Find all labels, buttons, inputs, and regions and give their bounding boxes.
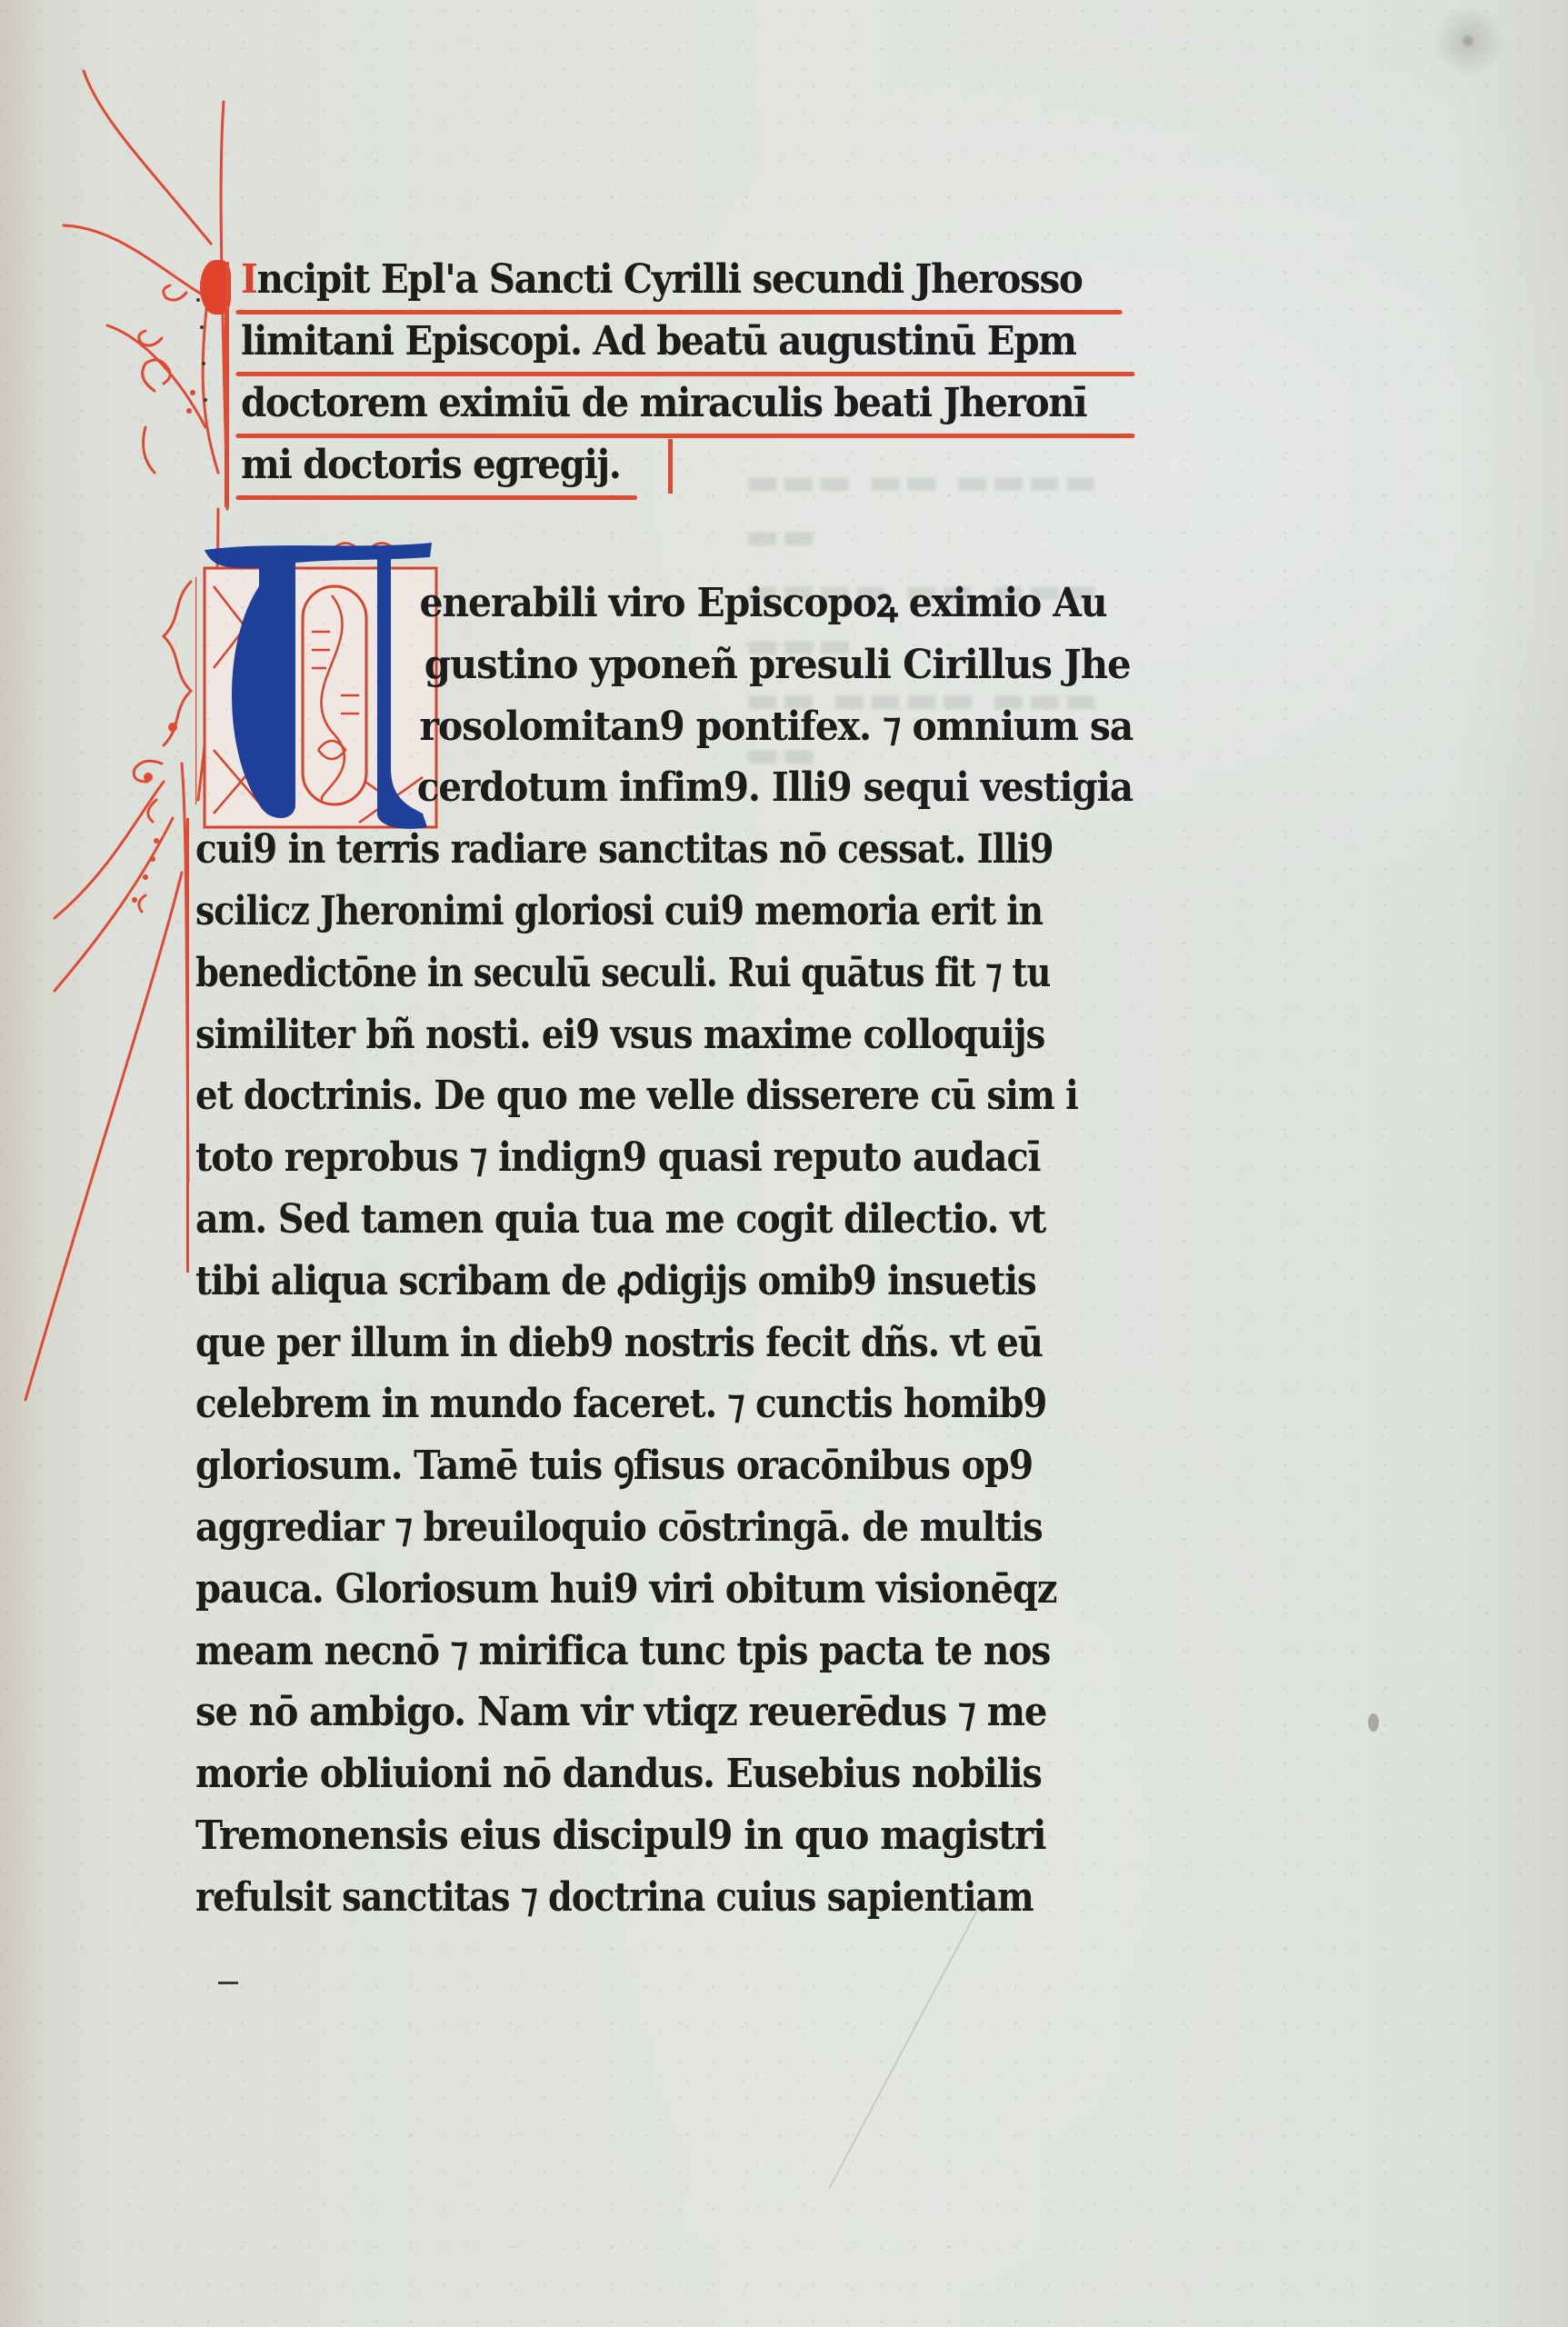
text-line: gustino yponeñ presuli Cirillus Jhe [195, 634, 1111, 696]
text-line: scilicz Jheronimi gloriosi cui9 memoria … [195, 881, 1024, 943]
text-line: refulsit sanctitas ⁊ doctrina cuius sapi… [195, 1867, 1034, 1929]
heading-line-text: limitani Episcopi. Ad beatū augustinū Ep… [241, 318, 1076, 365]
text-line: aggrediar ⁊ breuiloquio cōstringā. de mu… [195, 1497, 1063, 1559]
rubric-heading: Incipit Epl'a Sancti Cyrilli secundi Jhe… [241, 253, 1145, 500]
text-line: toto reprobus ⁊ indign9 quasi reputo aud… [195, 1127, 1063, 1189]
text-line: similiter bñ nosti. ei9 vsus maxime coll… [195, 1004, 1044, 1066]
heading-line: Incipit Epl'a Sancti Cyrilli secundi Jhe… [241, 253, 1073, 315]
rubric-vertical-rule [225, 262, 229, 507]
heading-line-text: doctorem eximiū de miraculis beati Jhero… [241, 380, 1086, 426]
text-line: Tremonensis eius discipul9 in quo magist… [195, 1805, 1082, 1867]
text-line: cerdotum infim9. Illi9 sequi vestigia [195, 757, 1082, 819]
body-text: enerabili viro Episcopoꝝ eximio Au gusti… [195, 573, 1159, 1929]
text-line: benedictōne in seculū seculi. Rui quātus… [195, 943, 1004, 1004]
text-line: morie obliuioni nō dandus. Eusebius nobi… [195, 1743, 1063, 1805]
text-line: am. Sed tamen quia tua me cogit dilectio… [195, 1189, 1063, 1251]
text-line: meam necnō ⁊ mirifica tunc tpis pacta te… [195, 1621, 1053, 1683]
paper-crease [828, 1900, 984, 2190]
red-initial: I [241, 256, 257, 303]
heading-line: limitani Episcopi. Ad beatū augustinū Ep… [241, 315, 1073, 376]
text-line: enerabili viro Episcopoꝝ eximio Au [195, 573, 1092, 634]
text-line: celebrem in mundo faceret. ⁊ cunctis hom… [195, 1373, 1044, 1435]
text-line: cui9 in terris radiare sanctitas nō cess… [195, 819, 1044, 881]
ink-stain [1427, 0, 1509, 82]
heading-line: mi doctoris egregij. [241, 438, 1073, 500]
paper-spot [1368, 1713, 1379, 1732]
margin-rule [186, 818, 189, 1273]
text-line: que per illum in dieb9 nostris fecit dñs… [195, 1313, 1044, 1374]
heading-line: doctorem eximiū de miraculis beati Jhero… [241, 376, 1073, 438]
heading-line-text: mi doctoris egregij. [241, 442, 621, 488]
text-line: rosolomitan9 pontifex. ⁊ omnium sa [195, 696, 1092, 758]
text-line: et doctrinis. De quo me velle disserere … [195, 1065, 1044, 1127]
text-line: gloriosum. Tamē tuis ꝯfisus oracōnibus o… [195, 1435, 1063, 1497]
rubric-end-rule [668, 439, 673, 494]
text-line: tibi aliqua scribam de ꝓdigijs omib9 ins… [195, 1251, 1044, 1313]
text-line: pauca. Gloriosum hui9 viri obitum vision… [195, 1559, 1073, 1621]
printer-mark [218, 1982, 238, 1984]
heading-line-text: ncipit Epl'a Sancti Cyrilli secundi Jher… [257, 256, 1083, 303]
text-line: se nō ambigo. Nam vir vtiqz reuerēdus ⁊ … [195, 1682, 1073, 1743]
manuscript-page: ▬▬▬ ▬▬ ▬▬▬▬ ▬▬▬▬▬▬ ▬▬ ▬▬▬ ▬▬▬▬▬ ▬▬▬▬ ▬▬▬… [0, 0, 1568, 2327]
